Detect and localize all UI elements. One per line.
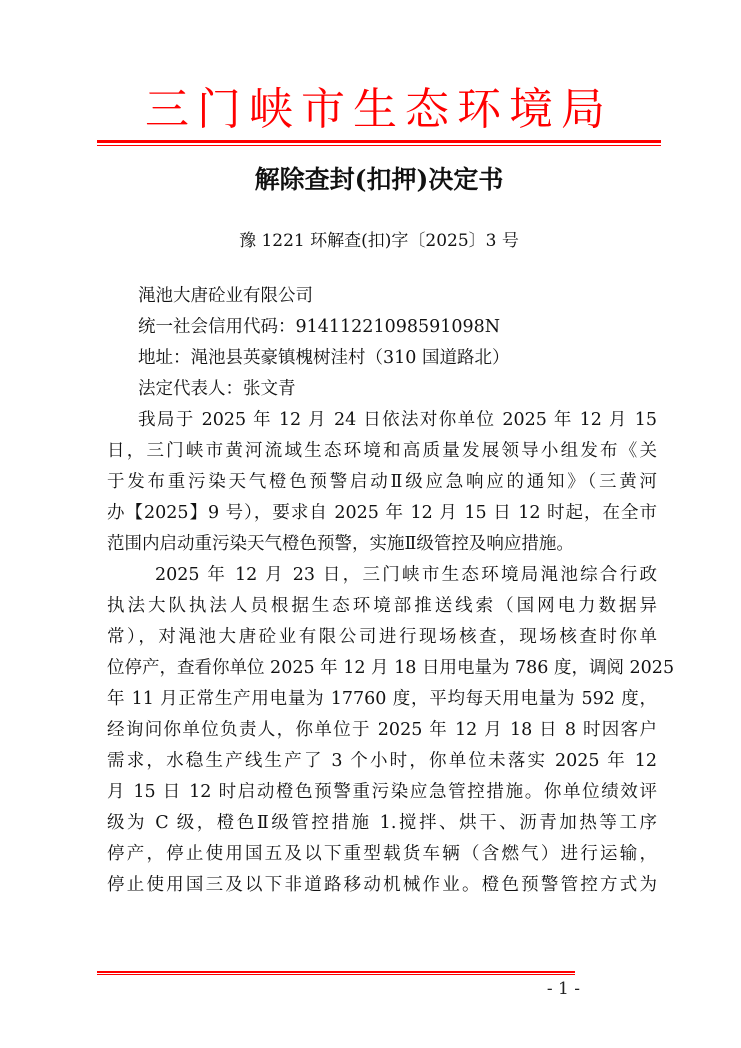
recipient-legal-rep: 法定代表人：张文青 <box>107 374 657 405</box>
header-red-rule-thin <box>97 145 661 146</box>
page-number: - 1 - <box>520 978 580 1000</box>
recipient-address: 地址：渑池县英豪镇槐树洼村（310 国道路北） <box>107 343 657 374</box>
body-line: 我局于 2025 年 12 月 24 日依法对你单位 2025 年 12 月 1… <box>107 405 657 436</box>
body-line: 停产，停止使用国五及以下重型载货车辆（含燃气）进行运输， <box>107 839 657 870</box>
organization-header: 三门峡市生态环境局 <box>97 82 661 138</box>
body-line: 于发布重污染天气橙色预警启动Ⅱ级应急响应的通知》（三黄河 <box>107 467 657 498</box>
body-line: 位停产，查看你单位 2025 年 12 月 18 日用电量为 786 度，调阅 … <box>107 653 657 684</box>
document-number: 豫 1221 环解查(扣)字〔2025〕3 号 <box>97 226 661 256</box>
body-line: 月 15 日 12 时启动橙色预警重污染应急管控措施。你单位绩效评 <box>107 777 657 808</box>
footer-red-rule-thin <box>97 974 575 975</box>
body-line: 停止使用国三及以下非道路移动机械作业。橙色预警管控方式为 <box>107 870 657 901</box>
body-line: 执法大队执法人员根据生态环境部推送线索（国网电力数据异 <box>107 591 657 622</box>
body-line: 经询问你单位负责人，你单位于 2025 年 12 月 18 日 8 时因客户 <box>107 715 657 746</box>
recipient-credit-code: 统一社会信用代码：9141122109859109​8N <box>107 312 657 343</box>
header-red-rule-thick <box>97 140 661 143</box>
document-page: 三门峡市生态环境局 解除查封(扣押)决定书 豫 1221 环解查(扣)字〔202… <box>0 0 741 1048</box>
body-line: 日，三门峡市黄河流域生态环境和高质量发展领导小组发布《关 <box>107 436 657 467</box>
body-line: 需求，水稳生产线生产了 3 个小时，你单位未落实 2025 年 12 <box>107 746 657 777</box>
body-line: 2025 年 12 月 23 日，三门峡市生态环境局渑池综合行政 <box>107 560 657 591</box>
recipient-company: 渑池大唐砼业有限公司 <box>107 281 657 312</box>
body-line: 范围内启动重污染天气橙色预警，实施Ⅱ级管控及响应措施。 <box>107 529 657 560</box>
body-line: 年 11 月正常生产用电量为 17760 度，平均每天用电量为 592 度， <box>107 684 657 715</box>
body-line: 常），对渑池大唐砼业有限公司进行现场核查，现场核查时你单 <box>107 622 657 653</box>
document-body: 渑池大唐砼业有限公司 统一社会信用代码：9141122109859109​8N … <box>107 281 657 901</box>
footer-red-rule-thick <box>97 971 575 973</box>
body-line: 级为 C 级，橙色Ⅱ级管控措施 1.搅拌、烘干、沥青加热等工序 <box>107 808 657 839</box>
body-line: 办【2025】9 号），要求自 2025 年 12 月 15 日 12 时起，在… <box>107 498 657 529</box>
document-title: 解除查封(扣押)决定书 <box>97 160 661 200</box>
